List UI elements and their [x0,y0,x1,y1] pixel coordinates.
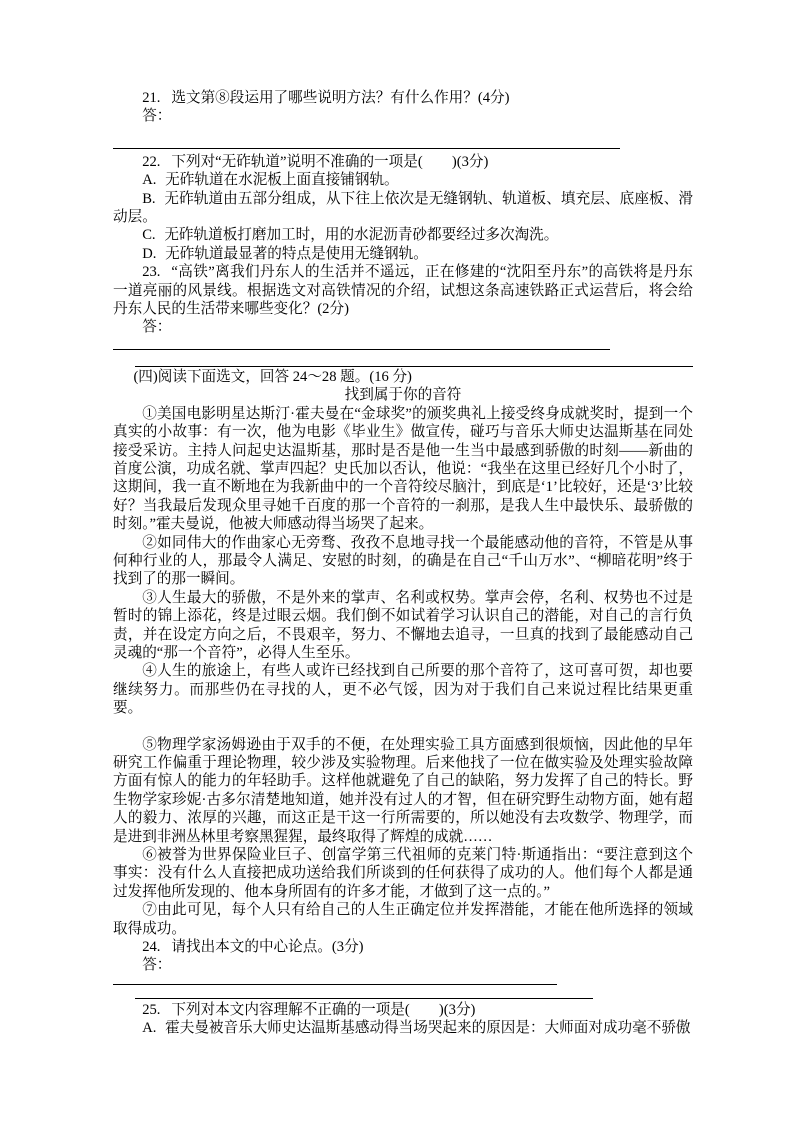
passage-paragraph-7: ⑦由此可见，每个人只有给自己的人生正确定位并发挥潜能，才能在他所选择的领域取得成… [113,901,693,938]
question-24-number: 24. [142,939,160,955]
answer-blank-line [113,349,610,350]
option-a-label: A. [142,172,156,188]
question-23-answer-label: 答： [113,318,693,336]
passage-title: 找到属于你的音符 [113,386,693,404]
passage-paragraph-2: ②如同伟大的作曲家心无旁骛、孜孜不息地寻找一个最能感动他的音符，不管是从事何种行… [113,534,693,589]
question-23: 23.“高铁”离我们丹东人的生活并不遥远，正在修建的“沈阳至丹东”的高铁将是丹东… [113,263,693,318]
option-a-text: 霍夫曼被音乐大师史达温斯基感动得当场哭起来的原因是：大师面对成功毫不骄傲 [165,1020,690,1036]
question-22-option-b: B.无砟轨道由五部分组成，从下往上依次是无缝钢轨、轨道板、填充层、底座板、滑动层… [113,190,693,227]
option-a-text: 无砟轨道在水泥板上面直接铺钢轨。 [165,172,399,188]
question-21-number: 21. [142,90,160,106]
question-25-option-a: A.霍夫曼被音乐大师史达温斯基感动得当场哭起来的原因是：大师面对成功毫不骄傲 [113,1019,693,1037]
section-4-heading: (四)阅读下面选文，回答 24～28 题。(16 分) [113,368,693,386]
question-25-text: 下列对本文内容理解不正确的一项是( )(3分) [171,1002,475,1018]
passage-paragraph-1: ①美国电影明星达斯汀·霍夫曼在“金球奖”的颁奖典礼上接受终身成就奖时，提到一个真… [113,405,693,534]
question-24-text: 请找出本文的中心论点。(3分) [171,939,363,955]
question-22-option-c: C.无砟轨道板打磨加工时，用的水泥沥青砂都要经过多次淘洗。 [113,226,693,244]
answer-blank-line [135,998,593,999]
passage-paragraph-3: ③人生最大的骄傲，不是外来的掌声、名利或权势。掌声会停，名利、权势也不过是暂时的… [113,589,693,663]
question-24-answer-label: 答： [113,956,693,974]
option-b-label: B. [142,191,155,207]
option-a-label: A. [142,1020,156,1036]
question-25: 25.下列对本文内容理解不正确的一项是( )(3分) [113,1001,693,1019]
exam-document-page: 21.选文第⑧段运用了哪些说明方法？有什么作用？(4分) 答： 22.下列对“无… [0,0,794,1123]
option-b-text: 无砟轨道由五部分组成，从下往上依次是无缝钢轨、轨道板、填充层、底座板、滑动层。 [113,191,693,225]
option-c-label: C. [142,227,155,243]
question-23-number: 23. [142,264,160,280]
question-21-text: 选文第⑧段运用了哪些说明方法？有什么作用？(4分) [171,90,509,106]
option-c-text: 无砟轨道板打磨加工时，用的水泥沥青砂都要经过多次淘洗。 [164,227,558,243]
answer-blank-line [113,148,620,149]
option-d-text: 无砟轨道最显著的特点是使用无缝钢轨。 [165,246,428,262]
passage-paragraph-4: ④人生的旅途上，有些人或许已经找到自己所要的那个音符了，这可喜可贺，却也要继续努… [113,662,693,717]
passage-paragraph-6: ⑥被誉为世界保险业巨子、创富学第三代祖师的克莱门特·斯通指出：“要注意到这个事实… [113,846,693,901]
question-22-number: 22. [142,154,160,170]
question-23-text: “高铁”离我们丹东人的生活并不遥远，正在修建的“沈阳至丹东”的高铁将是丹东一道亮… [113,264,693,317]
question-21-answer-label: 答： [113,107,693,125]
option-d-label: D. [142,246,156,262]
question-22: 22.下列对“无砟轨道”说明不准确的一项是( )(3分) [113,153,693,171]
question-22-option-a: A.无砟轨道在水泥板上面直接铺钢轨。 [113,171,693,189]
question-22-text: 下列对“无砟轨道”说明不准确的一项是( )(3分) [171,154,488,170]
passage-paragraph-5: ⑤物理学家汤姆逊由于双手的不便，在处理实验工具方面感到很烦恼，因此他的早年研究工… [113,736,693,846]
document-content: 21.选文第⑧段运用了哪些说明方法？有什么作用？(4分) 答： 22.下列对“无… [113,89,693,1038]
answer-blank-line [135,366,693,367]
answer-blank-line [113,984,557,985]
question-25-number: 25. [142,1002,160,1018]
question-22-option-d: D.无砟轨道最显著的特点是使用无缝钢轨。 [113,245,693,263]
question-21: 21.选文第⑧段运用了哪些说明方法？有什么作用？(4分) [113,89,693,107]
question-24: 24.请找出本文的中心论点。(3分) [113,938,693,956]
